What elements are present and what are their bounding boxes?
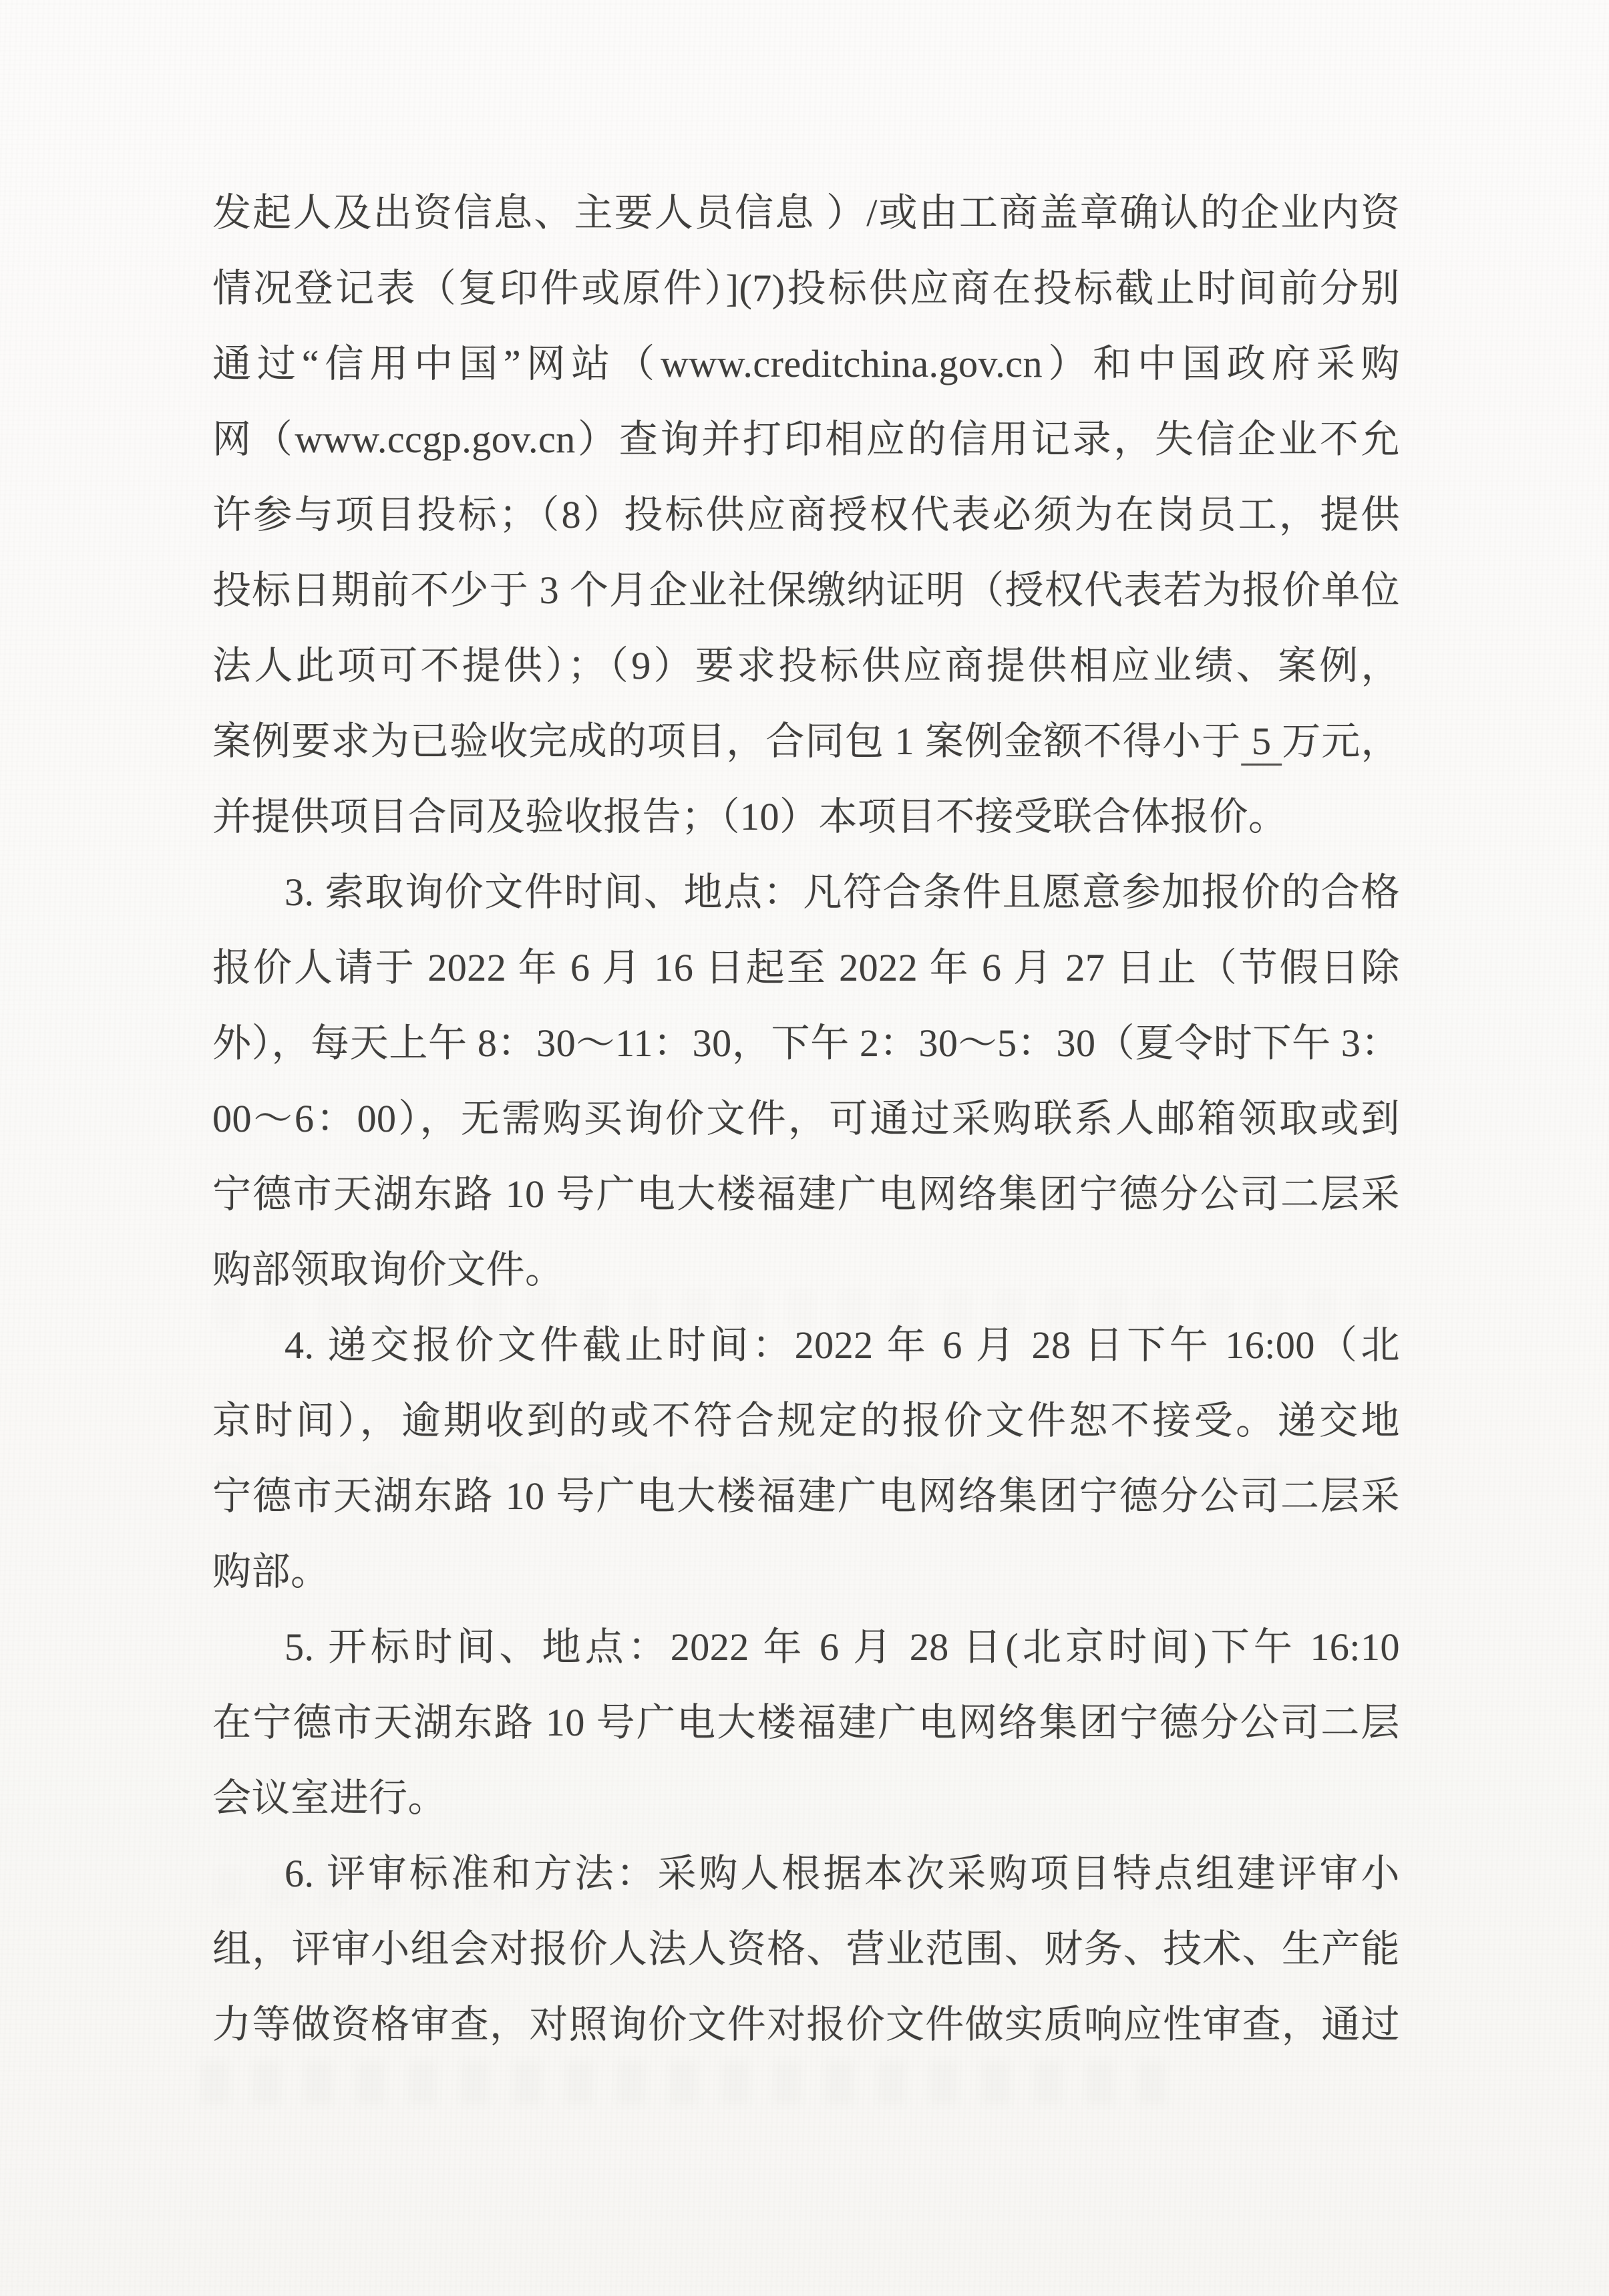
line-8-suffix: 万元，: [1282, 719, 1400, 763]
text-line-15: 购部领取询价文件。: [212, 1232, 1400, 1307]
text-line-21: 在宁德市天湖东路 10 号广电大楼福建广电网络集团宁德分公司二层: [212, 1685, 1400, 1760]
text-line-13: 00～6：00），无需购买询价文件，可通过采购联系人邮箱领取或到: [212, 1081, 1400, 1156]
underlined-amount: 5: [1241, 719, 1282, 763]
text-line-17: 京时间），逾期收到的或不符合规定的报价文件恕不接受。递交地址：: [212, 1383, 1400, 1458]
text-line-11: 报价人请于 2022 年 6 月 16 日起至 2022 年 6 月 27 日止…: [212, 930, 1400, 1005]
text-line-1: 发起人及出资信息、主要人员信息 ）/或由工商盖章确认的企业内资: [212, 175, 1400, 251]
text-line-20-item-5: 5. 开标时间、地点：2022 年 6 月 28 日(北京时间)下午 16:10: [212, 1609, 1400, 1685]
text-line-6: 投标日期前不少于 3 个月企业社保缴纳证明（授权代表若为报价单位: [212, 552, 1400, 628]
text-line-3: 通过“信用中国”网站（www.creditchina.gov.cn）和中国政府采…: [212, 326, 1400, 401]
text-line-10-item-3: 3. 索取询价文件时间、地点：凡符合条件且愿意参加报价的合格: [212, 854, 1400, 930]
text-line-12: 外），每天上午 8：30～11：30，下午 2：30～5：30（夏令时下午 3：: [212, 1005, 1400, 1081]
text-line-5: 许参与项目投标；（8）投标供应商授权代表必须为在岗员工，提供: [212, 477, 1400, 552]
text-line-25: 力等做资格审查，对照询价文件对报价文件做实质响应性审查，通过: [212, 1987, 1400, 2062]
text-line-22: 会议室进行。: [212, 1760, 1400, 1836]
text-line-19: 购部。: [212, 1534, 1400, 1609]
text-line-2: 情况登记表（复印件或原件）](7)投标供应商在投标截止时间前分别: [212, 251, 1400, 326]
scan-bleedthrough: [200, 2061, 1189, 2105]
text-line-24: 组，评审小组会对报价人法人资格、营业范围、财务、技术、生产能: [212, 1911, 1400, 1987]
document-text-block: 发起人及出资信息、主要人员信息 ）/或由工商盖章确认的企业内资 情况登记表（复印…: [212, 175, 1400, 2062]
text-line-18: 宁德市天湖东路 10 号广电大楼福建广电网络集团宁德分公司二层采: [212, 1458, 1400, 1534]
text-line-9: 并提供项目合同及验收报告；（10）本项目不接受联合体报价。: [212, 779, 1400, 854]
line-8-prefix: 案例要求为已验收完成的项目，合同包 1 案例金额不得小于: [212, 719, 1241, 763]
text-line-16-item-4: 4. 递交报价文件截止时间：2022 年 6 月 28 日下午 16:00（北: [212, 1307, 1400, 1383]
text-line-7: 法人此项可不提供）；（9）要求投标供应商提供相应业绩、案例，: [212, 628, 1400, 703]
text-line-23-item-6: 6. 评审标准和方法：采购人根据本次采购项目特点组建评审小: [212, 1836, 1400, 1911]
text-line-14: 宁德市天湖东路 10 号广电大楼福建广电网络集团宁德分公司二层采: [212, 1156, 1400, 1232]
document-page: 发起人及出资信息、主要人员信息 ）/或由工商盖章确认的企业内资 情况登记表（复印…: [0, 0, 1609, 2296]
text-line-4: 网（www.ccgp.gov.cn）查询并打印相应的信用记录，失信企业不允: [212, 401, 1400, 477]
text-line-8: 案例要求为已验收完成的项目，合同包 1 案例金额不得小于 5 万元，: [212, 703, 1400, 779]
